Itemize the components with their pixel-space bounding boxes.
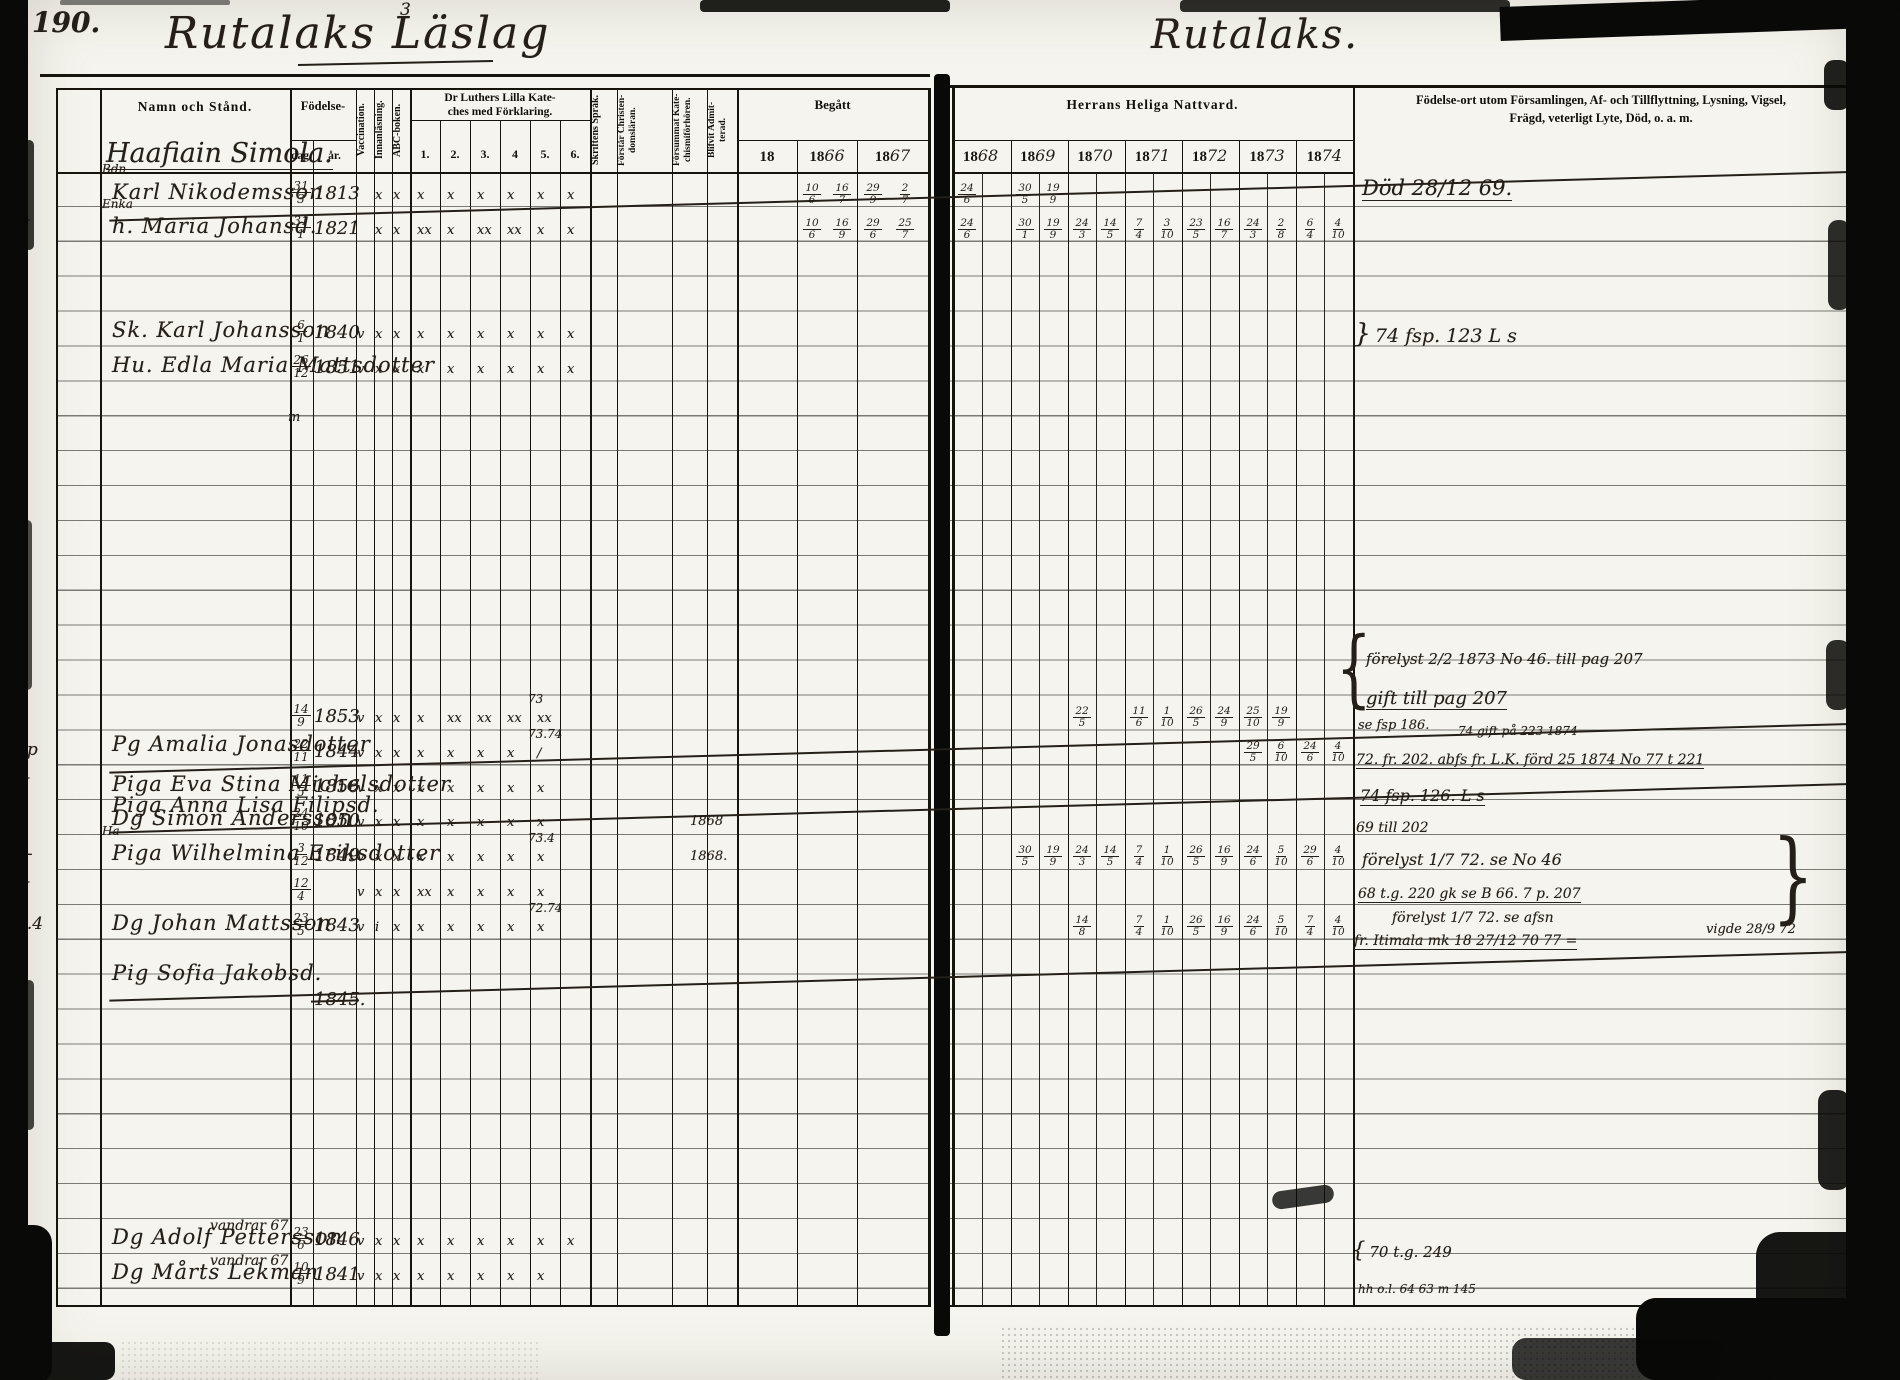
- examination-mark: x: [447, 885, 454, 900]
- grid-horizontal-line: [737, 140, 928, 141]
- communion-date: 110: [1151, 915, 1183, 937]
- birth-day: 312: [285, 842, 317, 867]
- birth-year: 1850: [314, 810, 356, 831]
- header-dag: dag.: [290, 150, 313, 162]
- grid-horizontal-line: [40, 74, 930, 77]
- examination-mark: x: [375, 327, 382, 342]
- examination-mark: x: [477, 327, 484, 342]
- birth-day: 313: [285, 180, 317, 205]
- examination-mark: x: [537, 223, 544, 238]
- year-printed: 18: [1077, 149, 1092, 165]
- header-fodelse: Födelse-: [290, 100, 356, 113]
- header-ar: år.: [313, 150, 356, 162]
- year-handwritten: 71: [1150, 146, 1170, 165]
- communion-year-cell: 1873: [1239, 146, 1296, 166]
- examination-mark: v: [357, 327, 364, 342]
- year-handwritten: 72: [1207, 146, 1227, 165]
- header-forsummat-katekesforhoren: Försummat Kate-chismiförhören.: [672, 90, 707, 170]
- birth-day: 235: [285, 912, 317, 937]
- examination-mark: xx: [477, 223, 492, 238]
- examination-mark: xx: [447, 711, 462, 726]
- communion-date: 199: [1037, 218, 1069, 240]
- year-printed: 18: [809, 149, 824, 165]
- year-handwritten: 68: [978, 146, 998, 165]
- communion-year-cell: 1868: [952, 146, 1009, 166]
- scan-edge-blotch: [24, 140, 34, 250]
- examination-mark: x: [447, 1234, 454, 1249]
- examination-mark: x: [507, 327, 514, 342]
- katekes-col-number: 2.: [440, 148, 470, 161]
- examination-mark: x: [393, 362, 400, 377]
- examination-mark: x: [567, 188, 574, 203]
- communion-date: 299: [857, 183, 889, 205]
- birth-year: 1840: [314, 322, 356, 343]
- examination-mark: x: [375, 362, 382, 377]
- examination-mark: x: [393, 746, 400, 761]
- year-handwritten: 69: [1035, 146, 1055, 165]
- examination-mark: x: [375, 711, 382, 726]
- birth-year: 1853: [314, 706, 356, 727]
- examination-mark: v: [357, 1234, 364, 1249]
- communion-year-cell: 1871: [1124, 146, 1181, 166]
- communion-date: 246: [951, 218, 983, 240]
- examination-mark: x: [507, 781, 514, 796]
- birth-day: 2211: [285, 738, 317, 763]
- examination-mark: x: [477, 815, 484, 830]
- communion-date: 199: [1037, 845, 1069, 867]
- examination-mark: x: [447, 781, 454, 796]
- annotation-big-brace: {: [1336, 620, 1372, 718]
- examination-mark: xx: [477, 711, 492, 726]
- birth-year: 1821: [314, 218, 356, 239]
- examination-mark: v: [357, 746, 364, 761]
- grid-horizontal-line: [950, 85, 1848, 88]
- examination-mark: x: [537, 885, 544, 900]
- examination-mark: x: [417, 850, 424, 865]
- header-namn-och-stand: Namn och Stånd.: [100, 100, 290, 114]
- annotation-note: se fsp 186.: [1358, 718, 1429, 733]
- communion-date: 296: [857, 218, 889, 240]
- examination-mark: xx: [537, 711, 552, 726]
- annotation-note: }74 fsp. 123 L s: [1354, 318, 1517, 349]
- header-katekes-line2: ches med Förklaring.: [410, 106, 590, 118]
- communion-date: 310: [1151, 218, 1183, 240]
- year-handwritten: 66: [824, 146, 844, 165]
- examination-mark: x: [417, 188, 424, 203]
- scan-edge-blotch: [700, 0, 950, 12]
- communion-date: 249: [1208, 706, 1240, 728]
- katekes-col-number: 4: [500, 148, 530, 161]
- examination-mark: x: [393, 781, 400, 796]
- year-printed: 18: [1307, 149, 1322, 165]
- person-name: Piga Wilhelmina Eriksdotter: [112, 841, 440, 865]
- examination-mark: x: [447, 188, 454, 203]
- examination-mark: x: [477, 885, 484, 900]
- birth-year: 1813: [314, 183, 356, 204]
- examination-mark: x: [507, 850, 514, 865]
- communion-date: 246: [951, 183, 983, 205]
- annotation-brace: }: [1354, 318, 1371, 349]
- communion-date: 27: [889, 183, 921, 205]
- annotation-note: 69 till 202: [1356, 820, 1429, 836]
- examination-mark: x: [393, 885, 400, 900]
- scan-edge-blotch: [1826, 640, 1850, 710]
- annotation-note: m: [288, 410, 300, 425]
- communion-date: 145: [1094, 845, 1126, 867]
- examination-mark: v: [357, 1269, 364, 1284]
- examination-mark: x: [393, 188, 400, 203]
- examination-mark: x: [477, 920, 484, 935]
- grid-horizontal-line: [410, 120, 590, 121]
- annotation-note: 72. fr. 202. abfs fr. L.K. förd 25 1874 …: [1356, 752, 1704, 769]
- communion-year-cell: 1869: [1009, 146, 1066, 166]
- examination-mark: xx: [417, 223, 432, 238]
- scan-edge-blotch: [1818, 1090, 1850, 1190]
- book-gutter: [934, 74, 950, 1336]
- examination-mark: v: [357, 850, 364, 865]
- year-handwritten: 67: [890, 146, 910, 165]
- communion-date: 167: [1208, 218, 1240, 240]
- left-page-title: Rutalaks Läslag: [165, 8, 525, 59]
- grid-horizontal-line: [952, 140, 1353, 141]
- communion-date: 169: [826, 218, 858, 240]
- examination-mark: x: [417, 746, 424, 761]
- examination-mark: x: [477, 850, 484, 865]
- examination-mark: x: [375, 188, 382, 203]
- annotation-note: förelyst 1/7 72. se afsn: [1392, 910, 1554, 926]
- admitted-year: 1868.: [690, 849, 727, 864]
- year-printed: 18: [1192, 149, 1207, 165]
- scan-speckle-bottom-left: [120, 1340, 540, 1380]
- scan-edge-blotch: [24, 980, 34, 1130]
- year-printed: 18: [1020, 149, 1035, 165]
- examination-mark: x: [477, 188, 484, 203]
- year-printed: 18: [875, 149, 890, 165]
- birth-year: 1845.: [314, 989, 356, 1010]
- examination-mark: x: [375, 781, 382, 796]
- communion-date: 410: [1322, 218, 1354, 240]
- header-abc-boken: ABC-boken.: [392, 90, 410, 170]
- communion-date: 169: [1208, 845, 1240, 867]
- examination-mark: x: [417, 920, 424, 935]
- grid-vertical-line: [928, 88, 931, 1307]
- examination-mark: x: [537, 920, 544, 935]
- header-herrans-heliga-nattvard: Herrans Heliga Nattvard.: [952, 98, 1353, 112]
- communion-date: 28: [1265, 218, 1297, 240]
- communion-date: 106: [796, 183, 828, 205]
- examination-mark: x: [537, 188, 544, 203]
- year-printed: 18: [1135, 149, 1150, 165]
- examination-mark: x: [447, 746, 454, 761]
- person-name: Pig Sofia Jakobsd.: [112, 961, 1900, 985]
- birth-day: 2612: [285, 354, 317, 379]
- examination-mark: x: [393, 1234, 400, 1249]
- examination-mark: x: [537, 362, 544, 377]
- communion-date: 145: [1094, 218, 1126, 240]
- examination-mark: x: [537, 781, 544, 796]
- examination-mark: x: [447, 1269, 454, 1284]
- examination-mark: x: [393, 711, 400, 726]
- scan-edge-blotch: [1828, 220, 1850, 310]
- header-blifvit-admitterad: Blifvit Admit-terad.: [707, 90, 737, 170]
- annotation-note: Död 28/12 69.: [1362, 176, 1512, 201]
- examination-mark: x: [537, 815, 544, 830]
- examination-mark: x: [507, 746, 514, 761]
- annotation-note: 74 fsp. 126. L s: [1360, 786, 1485, 806]
- examination-mark: x: [375, 885, 382, 900]
- missed-catechism-years: 72.74: [528, 901, 562, 915]
- examination-mark: x: [477, 781, 484, 796]
- header-begatt: Begått: [737, 98, 928, 112]
- examination-mark: x: [507, 188, 514, 203]
- katekes-col-number: 1.: [410, 148, 440, 161]
- examination-mark: v: [357, 885, 364, 900]
- person-name: Piga Anna Lisa Filipsd.: [112, 793, 1900, 817]
- birth-year: 1843: [314, 915, 356, 936]
- begatt-year-cell: 1867: [857, 146, 928, 166]
- header-innanlasning: Innanläsning.: [374, 90, 392, 170]
- examination-mark: x: [567, 327, 574, 342]
- communion-date: 257: [889, 218, 921, 240]
- examination-mark: x: [417, 362, 424, 377]
- annotation-brace: {: [1352, 1238, 1365, 1262]
- person-name: Hu. Edla Maria Mattsdotter: [112, 353, 435, 377]
- annotation-note: fr. Itimala mk 18 27/12 70 77 =: [1354, 933, 1577, 950]
- missed-catechism-years: 73.4: [528, 831, 555, 845]
- examination-mark: x: [417, 327, 424, 342]
- communion-date: 199: [1037, 183, 1069, 205]
- year-printed: 18: [1249, 149, 1264, 165]
- examination-mark: x: [375, 1269, 382, 1284]
- examination-mark: x: [567, 1234, 574, 1249]
- year-handwritten: 70: [1092, 146, 1112, 165]
- examination-mark: x: [447, 815, 454, 830]
- birth-year: 1851: [314, 357, 356, 378]
- annotation-note: {70 t.g. 249: [1352, 1238, 1452, 1262]
- examination-mark: x: [393, 223, 400, 238]
- examination-mark: xx: [507, 711, 522, 726]
- examination-mark: x: [537, 327, 544, 342]
- examination-mark: x: [375, 1234, 382, 1249]
- examination-mark: v: [357, 711, 364, 726]
- examination-mark: x: [507, 885, 514, 900]
- examination-mark: x: [507, 920, 514, 935]
- examination-mark: x: [567, 362, 574, 377]
- missed-catechism-years: 73: [528, 692, 543, 706]
- scan-edge-blotch: [1824, 60, 1850, 110]
- examination-mark: v: [357, 362, 364, 377]
- examination-mark: x: [477, 1234, 484, 1249]
- annotation-note: förelyst 2/2 1873 No 46. till pag 207: [1366, 650, 1643, 668]
- annotation-note: 74 gift på 223 1874: [1458, 724, 1578, 738]
- examination-mark: /: [537, 746, 541, 761]
- header-forstar-christendomslaran: Förstår Christen-domsläran.: [617, 90, 672, 170]
- communion-year-cell: 1872: [1181, 146, 1238, 166]
- examination-mark: x: [417, 781, 424, 796]
- birth-year: 1841: [314, 1264, 356, 1285]
- communion-date: 410: [1322, 741, 1354, 763]
- grid-horizontal-line: [56, 88, 928, 90]
- examination-mark: v: [357, 920, 364, 935]
- birth-day: 61: [285, 319, 317, 344]
- examination-mark: x: [537, 1269, 544, 1284]
- birth-day: 149: [285, 703, 317, 728]
- communion-date: 148: [1066, 915, 1098, 937]
- examination-mark: i: [375, 920, 379, 935]
- missed-catechism-years: 73.74: [528, 727, 562, 741]
- communion-date: 410: [1322, 915, 1354, 937]
- communion-date: 199: [1265, 706, 1297, 728]
- annotation-note: förelyst 1/7 72. se No 46: [1362, 850, 1562, 869]
- annotation-note: gift till pag 207: [1366, 688, 1507, 710]
- birth-year: 1846: [314, 1229, 356, 1250]
- scan-edge-blotch: [60, 0, 230, 5]
- name-overscript: Ha: [102, 824, 120, 838]
- examination-mark: x: [375, 815, 382, 830]
- birth-day: 311: [285, 215, 317, 240]
- examination-mark: x: [393, 920, 400, 935]
- examination-mark: x: [375, 223, 382, 238]
- year-handwritten: 73: [1264, 146, 1284, 165]
- header-skriftens-sprak: Skriftens Språk.: [590, 90, 617, 170]
- examination-mark: x: [477, 1269, 484, 1284]
- scanned-register-spread: 190. Rutalaks Läslag 3 Rutalaks. Namn oc…: [0, 0, 1900, 1380]
- communion-date: 225: [1066, 706, 1098, 728]
- communion-date: 110: [1151, 845, 1183, 867]
- communion-date: 510: [1265, 845, 1297, 867]
- begatt-year-cell: 1866: [797, 146, 857, 166]
- examination-mark: x: [375, 850, 382, 865]
- examination-mark: v: [357, 815, 364, 830]
- examination-mark: x: [447, 362, 454, 377]
- header-vaccination: Vaccination.: [356, 90, 374, 170]
- examination-mark: x: [537, 1234, 544, 1249]
- examination-mark: x: [477, 746, 484, 761]
- name-overscript: Bdn: [102, 162, 126, 176]
- examination-mark: x: [417, 1234, 424, 1249]
- examination-mark: x: [537, 850, 544, 865]
- annotation-big-brace: }: [1772, 819, 1814, 935]
- scan-edge-blotch: [1756, 1232, 1900, 1380]
- communion-date: 110: [1151, 706, 1183, 728]
- examination-mark: x: [393, 815, 400, 830]
- year-handwritten: 74: [1322, 146, 1342, 165]
- communion-date: 510: [1265, 915, 1297, 937]
- scan-edge-blotch: [22, 520, 32, 690]
- birth-day: 2410: [285, 807, 317, 832]
- scan-edge-blotch: [1180, 0, 1510, 12]
- examination-mark: x: [507, 362, 514, 377]
- birth-day: 236: [285, 1226, 317, 1251]
- communion-date: 610: [1265, 741, 1297, 763]
- header-katekes-line1: Dr Luthers Lilla Kate-: [410, 92, 590, 104]
- annotation-note: hh o.l. 64 63 m 145: [1358, 1282, 1476, 1296]
- communion-date: 169: [1208, 915, 1240, 937]
- examination-mark: x: [393, 1269, 400, 1284]
- examination-mark: x: [375, 746, 382, 761]
- examination-mark: v: [357, 781, 364, 796]
- examination-mark: xx: [417, 885, 432, 900]
- header-notes-line2: Frägd, veterligt Lyte, Död, o. a. m.: [1356, 112, 1846, 125]
- birth-day: 115: [285, 773, 317, 798]
- examination-mark: x: [417, 1269, 424, 1284]
- communion-date: 410: [1322, 845, 1354, 867]
- examination-mark: x: [507, 1234, 514, 1249]
- birth-day: 109: [285, 1261, 317, 1286]
- left-title-superscript: 3: [400, 0, 411, 20]
- begatt-year-cell: 18: [737, 146, 797, 166]
- header-notes-line1: Födelse-ort utom Församlingen, Af- och T…: [1356, 94, 1846, 107]
- examination-mark: x: [507, 815, 514, 830]
- birth-year: 1849: [314, 845, 356, 866]
- name-overscript: Enka: [102, 197, 133, 211]
- examination-mark: xx: [507, 223, 522, 238]
- communion-date: 167: [826, 183, 858, 205]
- katekes-col-number: 5.: [530, 148, 560, 161]
- examination-mark: x: [447, 850, 454, 865]
- examination-mark: x: [447, 920, 454, 935]
- scan-edge-blotch: [1846, 0, 1900, 1380]
- admitted-year: 1868: [690, 814, 723, 829]
- year-printed: 18: [760, 149, 775, 165]
- communion-year-cell: 1874: [1296, 146, 1353, 166]
- annotation-note: 68 t.g. 220 gk se B 66. 7 p. 207: [1358, 886, 1581, 903]
- examination-mark: x: [417, 815, 424, 830]
- communion-year-cell: 1870: [1067, 146, 1124, 166]
- examination-mark: x: [393, 327, 400, 342]
- examination-mark: x: [447, 327, 454, 342]
- examination-mark: x: [417, 711, 424, 726]
- examination-mark: x: [447, 223, 454, 238]
- right-page-title: Rutalaks.: [1115, 12, 1395, 58]
- birth-day: 124: [285, 877, 317, 902]
- katekes-col-number: 6.: [560, 148, 590, 161]
- scan-edge-blotch: [0, 1342, 115, 1380]
- katekes-col-number: 3.: [470, 148, 500, 161]
- examination-mark: x: [477, 362, 484, 377]
- examination-mark: x: [393, 850, 400, 865]
- examination-mark: x: [567, 223, 574, 238]
- scan-speckle-bottom: [1000, 1326, 1640, 1380]
- birth-year: 1844: [314, 741, 356, 762]
- examination-mark: x: [507, 1269, 514, 1284]
- birth-year: 1856: [314, 776, 356, 797]
- page-number: 190.: [32, 6, 100, 39]
- communion-date: 106: [796, 218, 828, 240]
- year-printed: 18: [963, 149, 978, 165]
